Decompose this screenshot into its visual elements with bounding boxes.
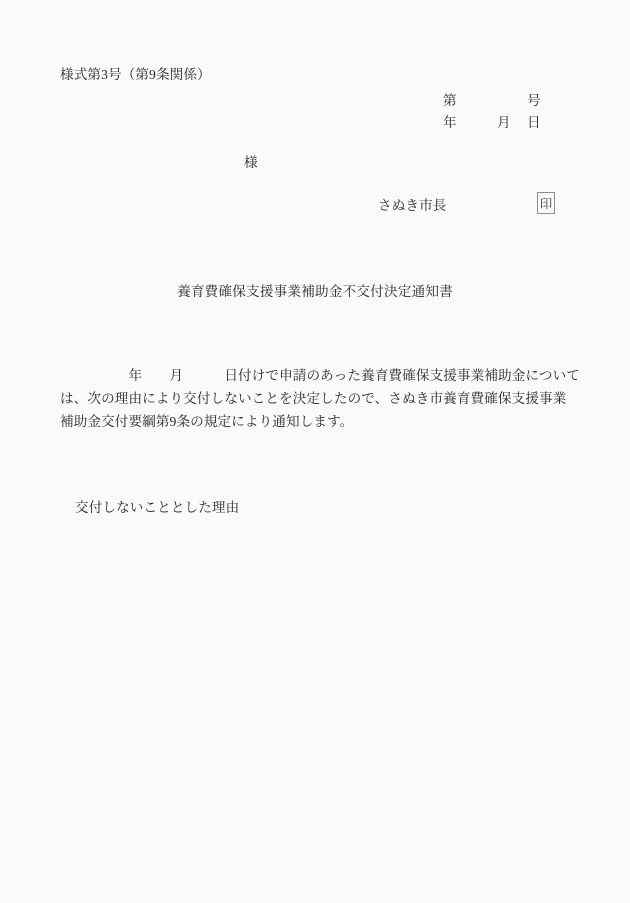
reason-section-label: 交付しないこととした理由 xyxy=(75,496,239,516)
doc-number-suffix: 号 xyxy=(527,89,541,109)
body-line-1: 年 月 日付けで申請のあった養育費確保支援事業補助金について xyxy=(60,364,572,387)
doc-number-prefix: 第 xyxy=(443,89,457,109)
seal-mark: 印 xyxy=(540,194,553,212)
body-line-2: は、次の理由により交付しないことを決定したので、さぬき市養育費確保支援事業 xyxy=(60,387,572,410)
form-number-label: 様式第3号（第9条関係） xyxy=(60,63,211,83)
document-page: 様式第3号（第9条関係） 第 号 年 月 日 様 さぬき市長 印 養育費確保支援… xyxy=(0,0,630,903)
document-title: 養育費確保支援事業補助金不交付決定通知書 xyxy=(0,280,630,300)
body-paragraph: 年 月 日付けで申請のあった養育費確保支援事業補助金について は、次の理由により… xyxy=(60,364,572,433)
date-year-label: 年 xyxy=(443,111,457,131)
seal-placeholder-box: 印 xyxy=(537,192,555,214)
body-line-3: 補助金交付要綱第9条の規定により通知します。 xyxy=(60,410,572,433)
addressee-honorific: 様 xyxy=(244,151,258,171)
date-day-label: 日 xyxy=(527,111,541,131)
date-month-label: 月 xyxy=(497,111,511,131)
sender-name: さぬき市長 xyxy=(378,194,446,214)
